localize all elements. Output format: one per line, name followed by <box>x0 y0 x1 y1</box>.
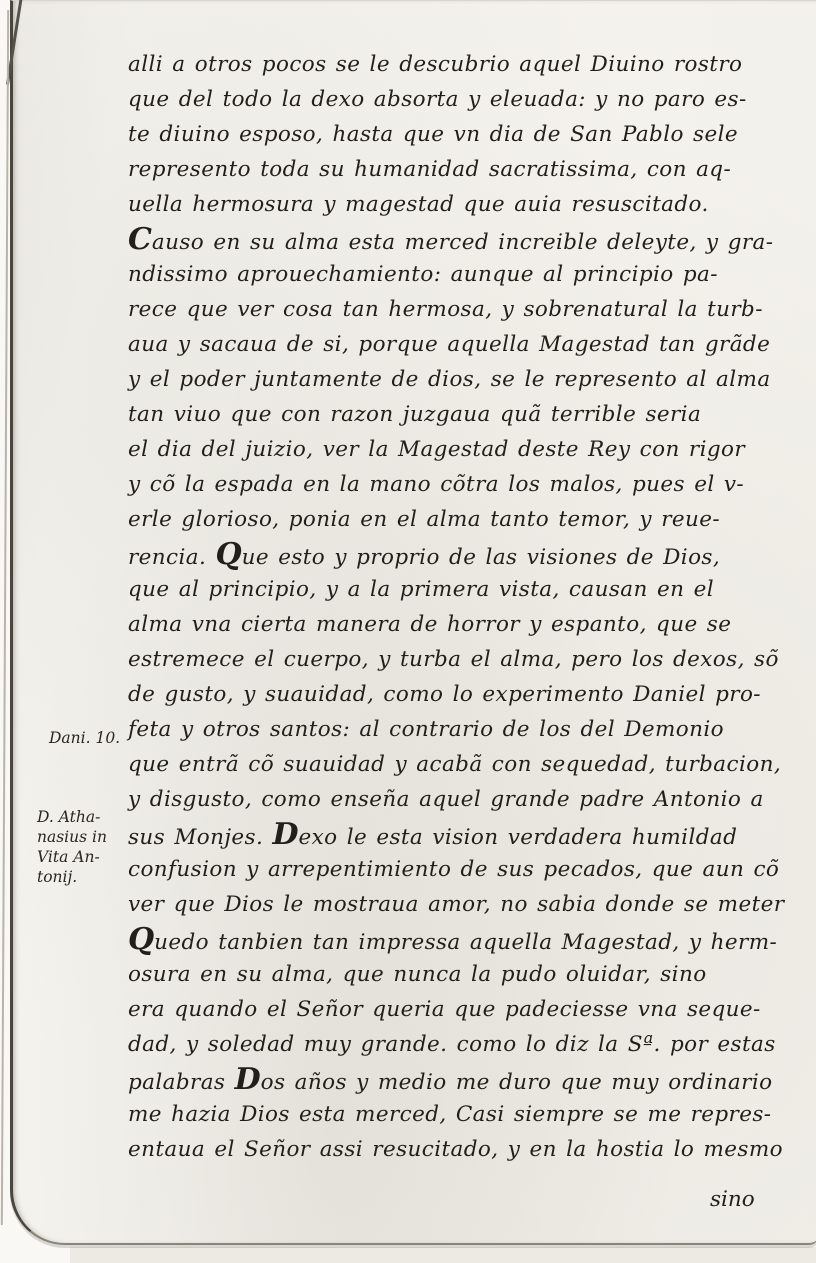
catchword: sino <box>710 1187 755 1212</box>
manuscript-line: que al principio, y a la primera vista, … <box>128 572 778 607</box>
margin-note-athanasius: D. Atha- nasius in Vita An- tonij. <box>37 807 107 887</box>
manuscript-line: erle glorioso, ponia en el alma tanto te… <box>128 502 778 537</box>
margin-note-daniel: Dani. 10. <box>49 728 120 748</box>
manuscript-line: y el poder juntamente de dios, se le rep… <box>128 362 778 397</box>
manuscript-line: y disgusto, como enseña aquel grande pad… <box>128 782 778 817</box>
manuscript-line: que entrã cõ suauidad y acabã con sequed… <box>128 747 778 782</box>
manuscript-line: era quando el Señor queria que padeciess… <box>128 992 778 1027</box>
manuscript-line: y cõ la espada en la mano cõtra los malo… <box>128 467 778 502</box>
manuscript-line: ver que Dios le mostraua amor, no sabia … <box>128 887 778 922</box>
manuscript-line: confusion y arrepentimiento de sus pecad… <box>128 852 778 887</box>
manuscript-line: alli a otros pocos se le descubrio aquel… <box>128 47 778 82</box>
page-edge-inner <box>1 10 9 1225</box>
margin-note-line: D. Atha- <box>37 807 107 827</box>
margin-note-line: nasius in <box>37 827 107 847</box>
manuscript-line: sus Monjes. Dexo le esta vision verdader… <box>128 817 778 852</box>
manuscript-line: ndissimo aprouechamiento: aunque al prin… <box>128 257 778 292</box>
manuscript-line: de gusto, y suauidad, como lo experiment… <box>128 677 778 712</box>
manuscript-line: uella hermosura y magestad que auia resu… <box>128 187 778 222</box>
manuscript-line: Causo en su alma esta merced increible d… <box>128 222 778 257</box>
manuscript-scan: alli a otros pocos se le descubrio aquel… <box>0 0 816 1263</box>
manuscript-line: osura en su alma, que nunca la pudo olui… <box>128 957 778 992</box>
manuscript-line: estremece el cuerpo, y turba el alma, pe… <box>128 642 778 677</box>
manuscript-line: palabras Dos años y medio me duro que mu… <box>128 1062 778 1097</box>
margin-note-line: tonij. <box>37 867 107 887</box>
manuscript-line: feta y otros santos: al contrario de los… <box>128 712 778 747</box>
manuscript-line: rencia. Que esto y proprio de las vision… <box>128 537 778 572</box>
underlying-page-edge <box>70 1247 816 1263</box>
manuscript-line: que del todo la dexo absorta y eleuada: … <box>128 82 778 117</box>
manuscript-line: alma vna cierta manera de horror y espan… <box>128 607 778 642</box>
manuscript-line: aua y sacaua de si, porque aquella Mages… <box>128 327 778 362</box>
manuscript-line: me hazia Dios esta merced, Casi siempre … <box>128 1097 778 1132</box>
manuscript-line: rece que ver cosa tan hermosa, y sobrena… <box>128 292 778 327</box>
margin-note-line: Dani. 10. <box>49 728 120 748</box>
manuscript-line: el dia del juizio, ver la Magestad deste… <box>128 432 778 467</box>
manuscript-line: entaua el Señor assi resucitado, y en la… <box>128 1132 778 1167</box>
manuscript-line: Quedo tanbien tan impressa aquella Mages… <box>128 922 778 957</box>
manuscript-line: represento toda su humanidad sacratissim… <box>128 152 778 187</box>
text-block: alli a otros pocos se le descubrio aquel… <box>128 47 778 1167</box>
margin-note-line: Vita An- <box>37 847 107 867</box>
manuscript-page: alli a otros pocos se le descubrio aquel… <box>10 0 816 1245</box>
manuscript-line: dad, y soledad muy grande. como lo diz l… <box>128 1027 778 1062</box>
manuscript-line: tan viuo que con razon juzgaua quã terri… <box>128 397 778 432</box>
manuscript-line: te diuino esposo, hasta que vn dia de Sa… <box>128 117 778 152</box>
